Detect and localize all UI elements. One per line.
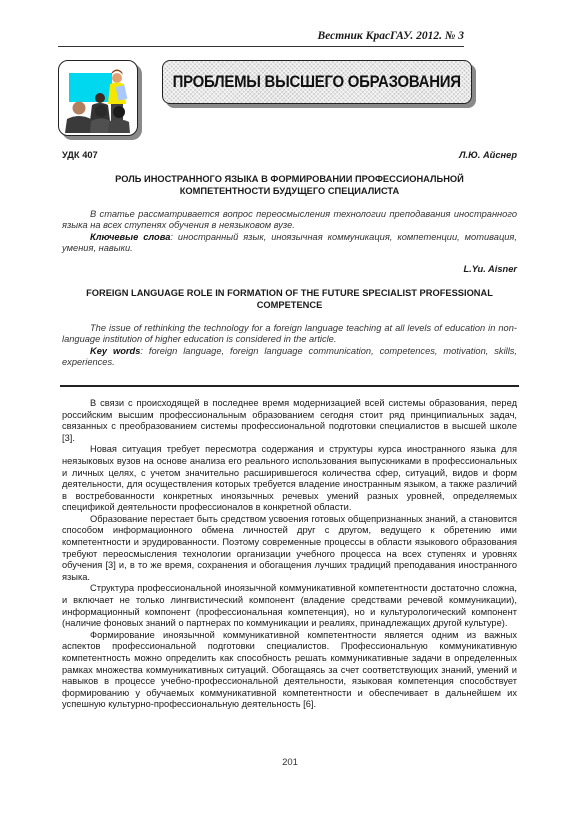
keywords-en-label: Key words	[90, 346, 140, 356]
body-paragraph: Новая ситуация требует пересмотра содерж…	[62, 444, 517, 514]
section-divider	[60, 385, 519, 387]
page-number: 201	[0, 757, 580, 768]
section-emblem	[58, 60, 138, 136]
article-content: УДК 407 Л.Ю. Айснер РОЛЬ ИНОСТРАННОГО ЯЗ…	[62, 150, 517, 711]
author-en: L.Yu. Aisner	[62, 264, 517, 276]
keywords-en: Key words: foreign language, foreign lan…	[62, 346, 517, 369]
body-paragraph: Структура профессиональной иноязычной ко…	[62, 583, 517, 629]
article-title-ru: РОЛЬ ИНОСТРАННОГО ЯЗЫКА В ФОРМИРОВАНИИ П…	[62, 173, 517, 197]
udk-code: УДК 407	[62, 150, 98, 162]
header-rule	[58, 46, 464, 47]
classroom-teacher-icon	[59, 61, 137, 135]
abstract-en: The issue of rethinking the technology f…	[62, 323, 517, 346]
keywords-ru: Ключевые слова: иностранный язык, иноязы…	[62, 232, 517, 255]
article-body: В связи с происходящей в последнее время…	[62, 398, 517, 711]
keywords-ru-label: Ключевые слова	[90, 232, 170, 242]
article-title-en: FOREIGN LANGUAGE ROLE IN FORMATION OF TH…	[62, 287, 517, 311]
author-ru: Л.Ю. Айснер	[459, 150, 517, 162]
body-paragraph: В связи с происходящей в последнее время…	[62, 398, 517, 444]
journal-running-head: Вестник КрасГАУ. 2012. № 3	[58, 30, 464, 44]
body-paragraph: Формирование иноязычной коммуникативной …	[62, 630, 517, 711]
section-title: ПРОБЛЕМЫ ВЫСШЕГО ОБРАЗОВАНИЯ	[173, 72, 461, 92]
article-meta-row: УДК 407 Л.Ю. Айснер	[62, 150, 517, 162]
section-banner: ПРОБЛЕМЫ ВЫСШЕГО ОБРАЗОВАНИЯ	[162, 60, 472, 104]
abstract-ru: В статье рассматривается вопрос переосмы…	[62, 209, 517, 232]
body-paragraph: Образование перестает быть средством усв…	[62, 514, 517, 584]
